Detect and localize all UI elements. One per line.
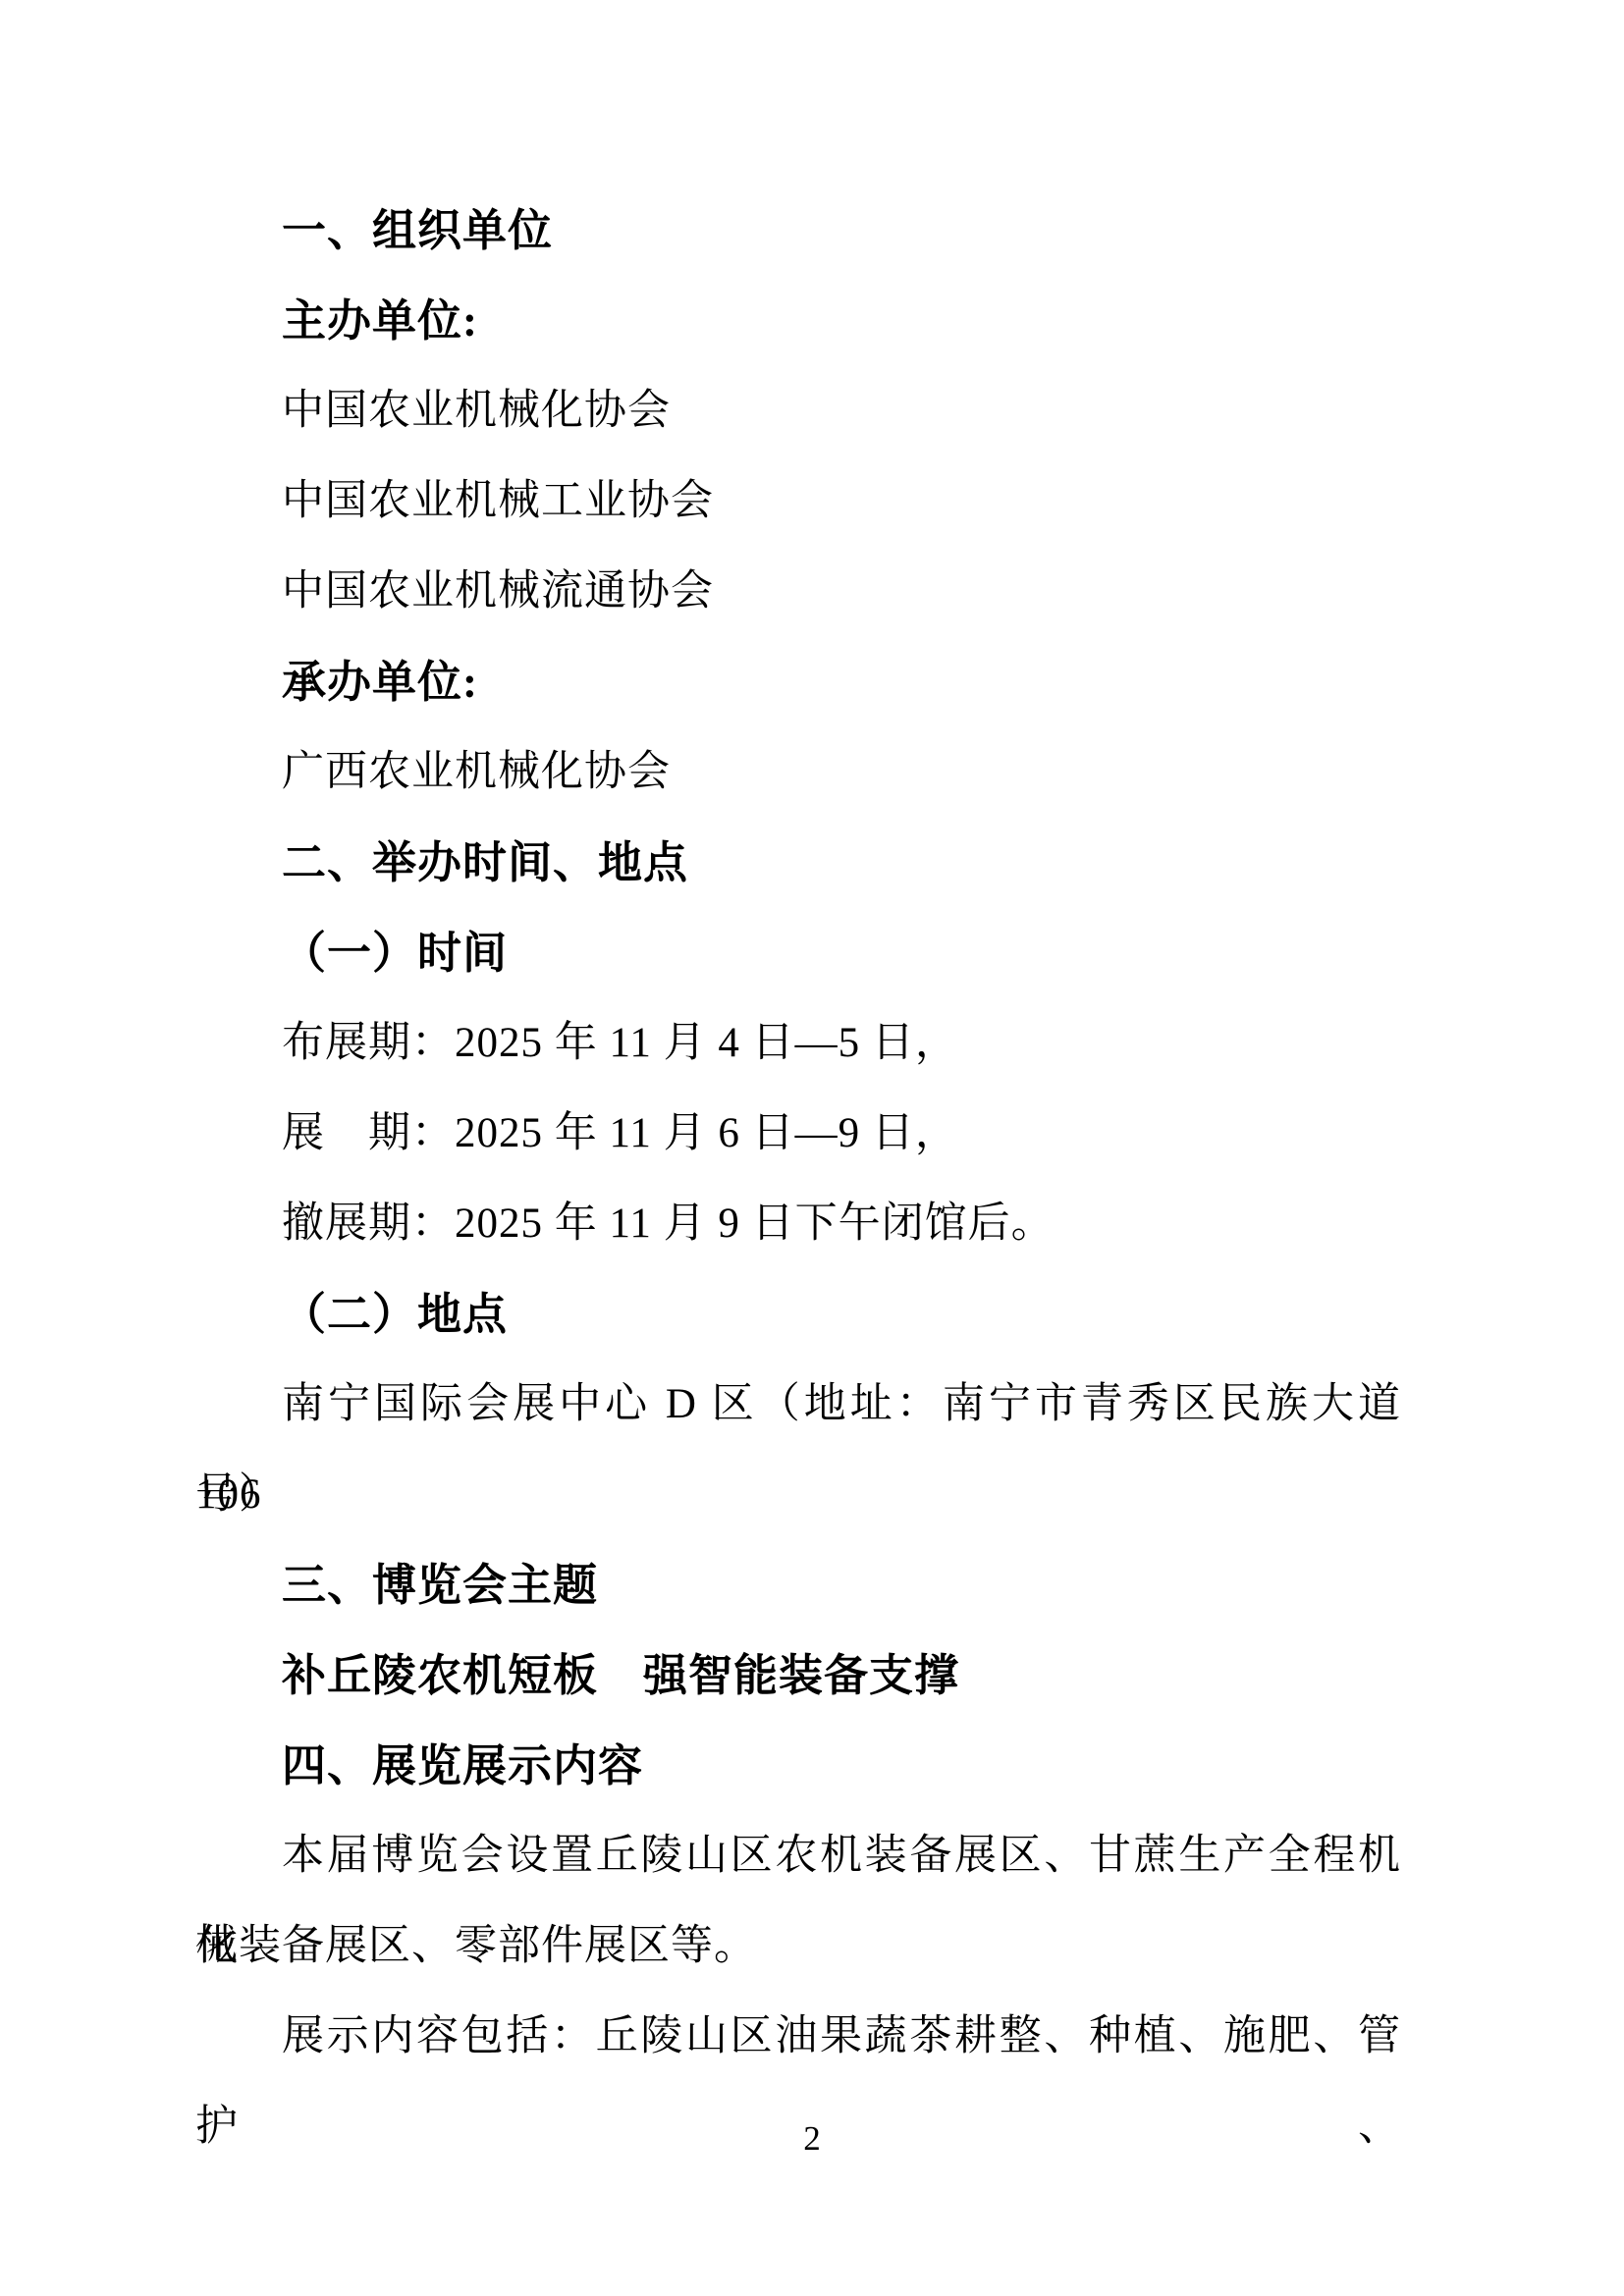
body-text-line: 本届博览会设置丘陵山区农机装备展区、甘蔗生产全程机械 (195, 1811, 1401, 1901)
body-text-line: 化装备展区、零部件展区等。 (195, 1901, 1401, 1992)
section-heading: 二、举办时间、地点 (195, 818, 1401, 908)
body-text-line: 号） (195, 1450, 1401, 1540)
page-number: 2 (0, 2116, 1624, 2162)
body-text-line: 中国农业机械化协会 (195, 366, 1401, 456)
body-text-line: 南宁国际会展中心 D 区（地址：南宁市青秀区民族大道 106 (195, 1360, 1401, 1450)
body-text-line: 中国农业机械流通协会 (195, 547, 1401, 637)
body-text-line: 展示内容包括：丘陵山区油果蔬茶耕整、种植、施肥、管护、 (195, 1992, 1401, 2082)
sub-heading: 承办单位: (195, 637, 1401, 727)
body-text-line: 中国农业机械工业协会 (195, 456, 1401, 547)
section-heading: 三、博览会主题 (195, 1540, 1401, 1630)
section-heading: 四、展览展示内容 (195, 1721, 1401, 1811)
sub-heading: （一）时间 (195, 908, 1401, 998)
body-text-line: 广西农业机械化协会 (195, 727, 1401, 818)
body-text-line: 撤展期：2025 年 11 月 9 日下午闭馆后。 (195, 1179, 1401, 1269)
document-body: 一、组织单位主办单位:中国农业机械化协会中国农业机械工业协会中国农业机械流通协会… (195, 186, 1401, 2082)
sub-heading: （二）地点 (195, 1269, 1401, 1360)
body-text-line: 展 期：2025 年 11 月 6 日—9 日， (195, 1089, 1401, 1179)
document-page: 一、组织单位主办单位:中国农业机械化协会中国农业机械工业协会中国农业机械流通协会… (0, 0, 1624, 2296)
body-text-line: 布展期：2025 年 11 月 4 日—5 日， (195, 998, 1401, 1089)
sub-heading: 主办单位: (195, 276, 1401, 366)
section-heading: 一、组织单位 (195, 186, 1401, 276)
section-heading: 补丘陵农机短板 强智能装备支撑 (195, 1630, 1401, 1721)
